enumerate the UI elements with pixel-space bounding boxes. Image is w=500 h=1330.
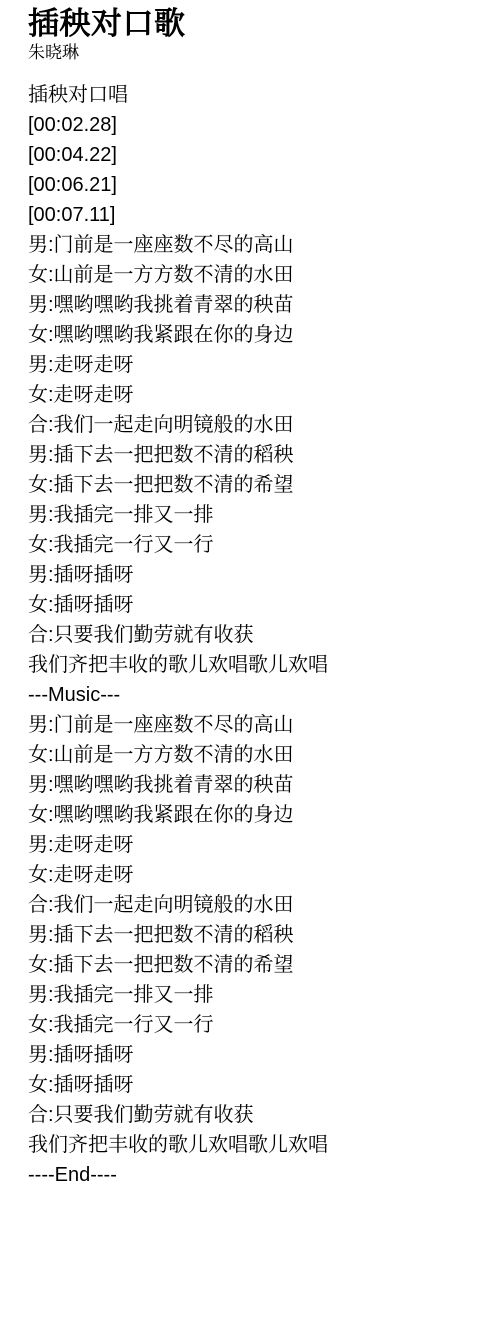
- lyric-line: 男:我插完一排又一排: [28, 500, 480, 530]
- lyric-line: 女:嘿哟嘿哟我紧跟在你的身边: [28, 800, 480, 830]
- lyric-line: 女:插呀插呀: [28, 590, 480, 620]
- lyric-line: ---Music---: [28, 680, 480, 710]
- lyric-line: 男:走呀走呀: [28, 830, 480, 860]
- lyric-line: 女:山前是一方方数不清的水田: [28, 740, 480, 770]
- artist-name: 朱晓琳: [28, 42, 480, 64]
- lyric-line: ----End----: [28, 1160, 480, 1190]
- lyric-line: 女:嘿哟嘿哟我紧跟在你的身边: [28, 320, 480, 350]
- lyric-line: 女:插呀插呀: [28, 1070, 480, 1100]
- lyric-line: 男:插下去一把把数不清的稻秧: [28, 440, 480, 470]
- song-title: 插秧对口歌: [28, 6, 480, 42]
- lyric-line: 男:门前是一座座数不尽的高山: [28, 710, 480, 740]
- lyric-line: 男:插呀插呀: [28, 1040, 480, 1070]
- lyric-line: 女:我插完一行又一行: [28, 1010, 480, 1040]
- lyric-line: 合:只要我们勤劳就有收获: [28, 620, 480, 650]
- lyric-line: 女:插下去一把把数不清的希望: [28, 470, 480, 500]
- lyric-line: 男:插下去一把把数不清的稻秧: [28, 920, 480, 950]
- lyrics-page: 插秧对口歌 朱晓琳 插秧对口唱[00:02.28][00:04.22][00:0…: [0, 0, 500, 1190]
- lyric-line: [00:06.21]: [28, 170, 480, 200]
- lyric-line: 男:我插完一排又一排: [28, 980, 480, 1010]
- lyric-line: 合:只要我们勤劳就有收获: [28, 1100, 480, 1130]
- lyric-line: 男:嘿哟嘿哟我挑着青翠的秧苗: [28, 290, 480, 320]
- lyric-line: 男:插呀插呀: [28, 560, 480, 590]
- lyric-line: [00:04.22]: [28, 140, 480, 170]
- lyric-line: 女:走呀走呀: [28, 380, 480, 410]
- lyric-line: 男:嘿哟嘿哟我挑着青翠的秧苗: [28, 770, 480, 800]
- lyric-line: 我们齐把丰收的歌儿欢唱歌儿欢唱: [28, 1130, 480, 1160]
- lyric-line: 女:山前是一方方数不清的水田: [28, 260, 480, 290]
- lyric-line: 女:插下去一把把数不清的希望: [28, 950, 480, 980]
- lyric-line: 男:走呀走呀: [28, 350, 480, 380]
- lyric-line: [00:02.28]: [28, 110, 480, 140]
- lyrics-block: 插秧对口唱[00:02.28][00:04.22][00:06.21][00:0…: [28, 80, 480, 1190]
- lyric-line: 男:门前是一座座数不尽的高山: [28, 230, 480, 260]
- lyric-line: 插秧对口唱: [28, 80, 480, 110]
- lyric-line: [00:07.11]: [28, 200, 480, 230]
- lyric-line: 合:我们一起走向明镜般的水田: [28, 410, 480, 440]
- lyric-line: 女:我插完一行又一行: [28, 530, 480, 560]
- lyric-line: 我们齐把丰收的歌儿欢唱歌儿欢唱: [28, 650, 480, 680]
- lyric-line: 合:我们一起走向明镜般的水田: [28, 890, 480, 920]
- lyric-line: 女:走呀走呀: [28, 860, 480, 890]
